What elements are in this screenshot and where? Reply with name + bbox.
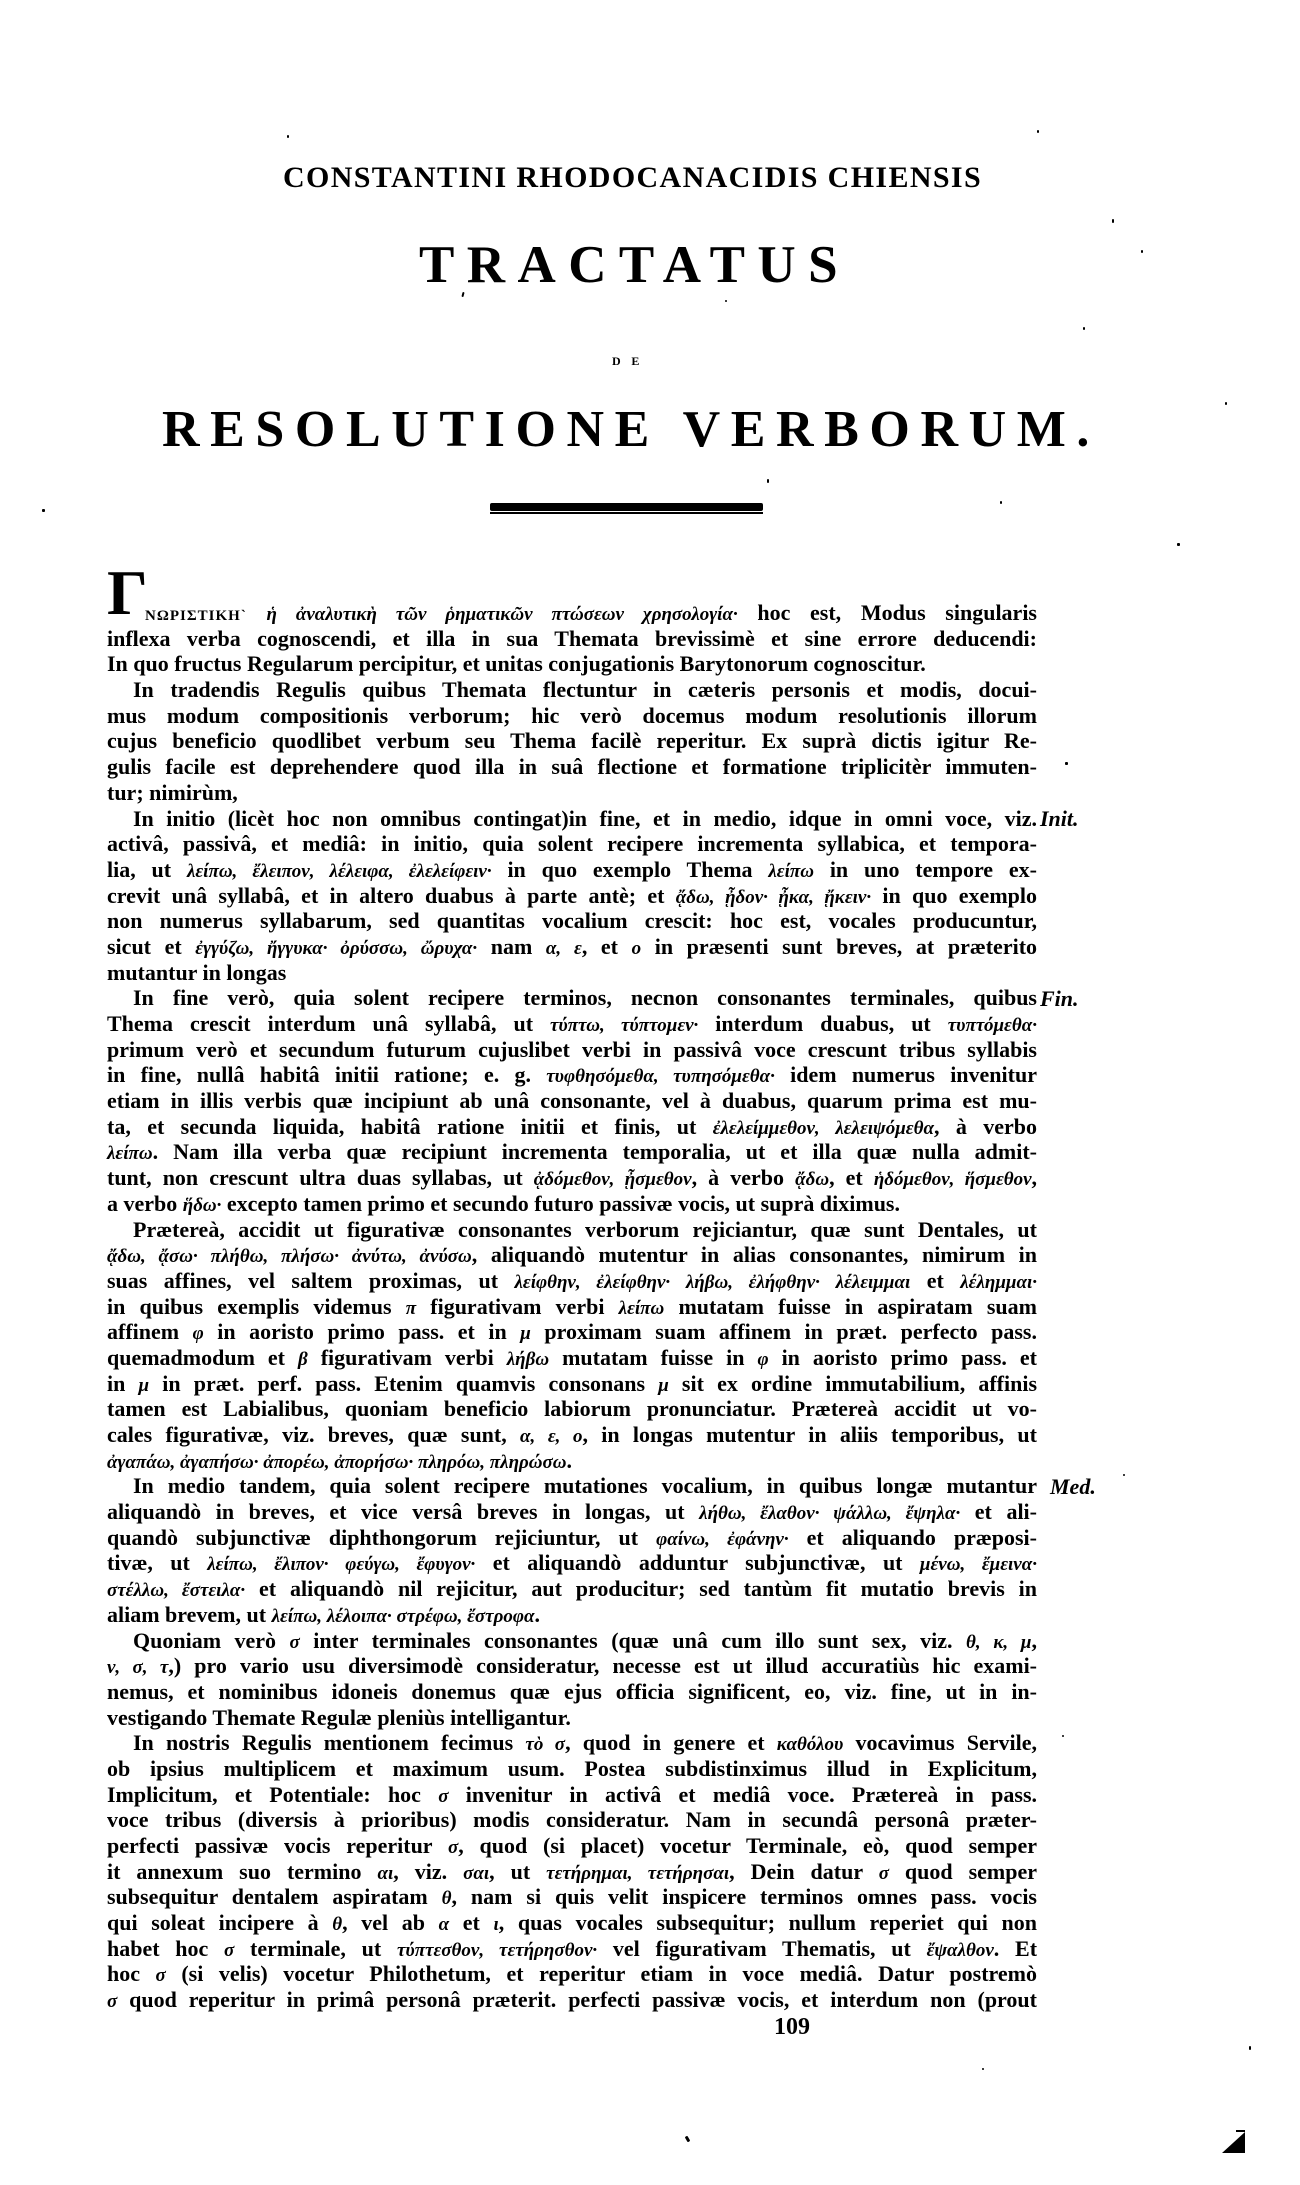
page-number: 109 <box>772 2013 812 2041</box>
line-text: perfecti passivæ vocis reperitur σ, quod… <box>107 1833 1037 1861</box>
line-text: Quoniam verò σ inter terminales consonan… <box>133 1628 1037 1656</box>
text-line: cujus beneficio quodlibet verbum seu The… <box>107 728 1037 754</box>
scan-speck <box>1083 327 1085 330</box>
greek-text: λείπω, λέλοιπα· στρέφω, ἔστροφα <box>272 1606 535 1627</box>
text-line: hoc σ (si velis) vocetur Philothetum, et… <box>107 1961 1037 1987</box>
text-line: voce tribus (diversis à prioribus) modis… <box>107 1807 1037 1833</box>
line-text: a verbo ἥδω· excepto tamen primo et secu… <box>107 1191 900 1219</box>
line-text: λείπω. Nam illa verba quæ recipiunt incr… <box>107 1139 1037 1167</box>
line-text: subsequitur dentalem aspiratam θ, nam si… <box>107 1884 1037 1912</box>
text-line: quandò subjunctivæ diphthongorum rejiciu… <box>107 1525 1037 1551</box>
greek-text: α <box>439 1914 450 1935</box>
text-line: primum verò et secundum futurum cujuslib… <box>107 1037 1037 1063</box>
greek-text: λήθω, ἔλαθον· ψάλλω, ἔψηλα· <box>699 1503 960 1524</box>
text-line: tur; nimirùm, <box>107 780 1037 806</box>
text-line: aliam brevem, ut λείπω, λέλοιπα· στρέφω,… <box>107 1602 1037 1628</box>
line-text: cujus beneficio quodlibet verbum seu The… <box>107 728 1037 754</box>
treatise-title-text: TRACTATUS <box>419 232 850 298</box>
scan-speck <box>685 2136 691 2143</box>
line-text: gulis facile est deprehendere quod illa … <box>107 754 1037 780</box>
line-text: nemus, et nominibus idoneis donemus quæ … <box>107 1679 1037 1705</box>
text-line: tivæ, ut λείπω, ἔλιπον· φεύγω, ἔφυγον· e… <box>107 1550 1037 1576</box>
greek-text: ἐγγύζω, ἤγγυκα· ὀρύσσω, ὤρυχα· <box>195 938 477 959</box>
greek-text: σ <box>224 1940 234 1961</box>
line-text: Implicitum, et Potentiale: hoc σ invenit… <box>107 1782 1037 1810</box>
text-line: ob ipsius multiplicem et maximum usum. P… <box>107 1756 1037 1782</box>
line-text: quandò subjunctivæ diphthongorum rejiciu… <box>107 1525 1037 1553</box>
greek-text: λείπω <box>107 1143 153 1164</box>
line-text: aliam brevem, ut λείπω, λέλοιπα· στρέφω,… <box>107 1602 540 1630</box>
greek-text: μ <box>139 1375 150 1396</box>
scan-speck <box>1112 219 1114 223</box>
margin-note-init: Init. <box>1040 806 1079 832</box>
line-text: In tradendis Regulis quibus Themata flec… <box>133 677 1037 703</box>
line-text: sicut et ἐγγύζω, ἤγγυκα· ὀρύσσω, ὤρυχα· … <box>107 934 1037 962</box>
line-text: cales figurativæ, viz. breves, quæ sunt,… <box>107 1422 1037 1450</box>
text-line: crevit unâ syllabâ, et in altero duabus … <box>107 883 1037 909</box>
scan-speck <box>1062 1735 1064 1737</box>
line-text: crevit unâ syllabâ, et in altero duabus … <box>107 883 1037 911</box>
text-line: a verbo ἥδω· excepto tamen primo et secu… <box>107 1191 1037 1217</box>
text-line: In nostris Regulis mentionem fecimus τὸ … <box>107 1730 1037 1756</box>
line-text: in fine, nullâ habitâ initii ratione; e.… <box>107 1062 1037 1090</box>
scan-mark-hook <box>1236 2130 1245 2132</box>
line-text: tunt, non crescunt ultra duas syllabas, … <box>107 1165 1037 1193</box>
greek-text: μ <box>520 1323 531 1344</box>
scan-speck <box>287 135 289 138</box>
text-line: In tradendis Regulis quibus Themata flec… <box>107 677 1037 703</box>
greek-text: α, ε, ο <box>520 1426 582 1447</box>
text-line: in μ in præt. perf. pass. Etenim quamvis… <box>107 1371 1037 1397</box>
greek-text: ἥδω· <box>183 1195 222 1216</box>
line-text: primum verò et secundum futurum cujuslib… <box>107 1037 1037 1063</box>
text-line: ἀγαπάω, ἀγαπήσω· ἀπορέω, ἀπορήσω· πληρόω… <box>107 1448 1037 1474</box>
line-text: ᾄδω, ᾄσω· πλήθω, πλήσω· ἀνύτω, ἀνύσω, al… <box>107 1242 1037 1270</box>
line-text: mutantur in longas <box>107 960 286 986</box>
scan-speck <box>982 2068 984 2070</box>
text-line: it annexum suo termino αι, viz. σαι, ut … <box>107 1859 1037 1885</box>
greek-text: σ <box>448 1837 458 1858</box>
text-line: λείπω. Nam illa verba quæ recipiunt incr… <box>107 1139 1037 1165</box>
text-line: suas affines, vel saltem proximas, ut λε… <box>107 1268 1037 1294</box>
greek-text: θ <box>442 1888 452 1909</box>
line-text: In quo fructus Regularum percipitur, et … <box>107 651 926 677</box>
greek-text: φ <box>757 1349 768 1370</box>
scan-speck <box>1177 543 1180 546</box>
text-line: quemadmodum et β figurativam verbi λήβω … <box>107 1345 1037 1371</box>
line-text: it annexum suo termino αι, viz. σαι, ut … <box>107 1859 1037 1887</box>
line-text: hoc σ (si velis) vocetur Philothetum, et… <box>107 1961 1037 1989</box>
greek-text: μένω, ἔμεινα· <box>920 1554 1037 1575</box>
text-line: ν, σ, τ,) pro vario usu diversimodè cons… <box>107 1653 1037 1679</box>
greek-text: α, ε <box>546 938 582 959</box>
greek-text: ἀγαπάω, ἀγαπήσω· ἀπορέω, ἀπορήσω· πληρόω… <box>107 1452 567 1473</box>
text-line: In medio tandem, quia solent recipere mu… <box>107 1473 1037 1499</box>
greek-text: ἡ ἀναλυτικὴ τῶν ῥηματικῶν πτώσεων χρησολ… <box>266 604 737 625</box>
greek-text: ᾄδω, ᾖδον· ᾖκα, ᾔκειν· <box>676 887 871 908</box>
text-line: non numerus syllabarum, sed quantitas vo… <box>107 908 1037 934</box>
title-rule-thin <box>490 512 763 514</box>
line-text: qui soleat incipere à θ, vel ab α et ι, … <box>107 1910 1037 1938</box>
line-text: In fine verò, quia solent recipere termi… <box>133 985 1037 1011</box>
greek-text: αι <box>377 1863 393 1884</box>
greek-text: τὸ σ <box>525 1734 565 1755</box>
text-line: qui soleat incipere à θ, vel ab α et ι, … <box>107 1910 1037 1936</box>
line-text: lia, ut λείπω, ἔλειπον, λέλειφα, ἐλελείφ… <box>107 857 1037 885</box>
text-line: inflexa verba cognoscendi, et illa in su… <box>107 626 1037 652</box>
text-line: in fine, nullâ habitâ initii ratione; e.… <box>107 1062 1037 1088</box>
text-line: In fine verò, quia solent recipere termi… <box>107 985 1037 1011</box>
text-line: ta, et secunda liquida, habitâ ratione i… <box>107 1114 1037 1140</box>
greek-text: μ <box>658 1375 669 1396</box>
text-line: Quoniam verò σ inter terminales consonan… <box>107 1628 1037 1654</box>
scan-speck <box>1225 402 1227 405</box>
text-line: subsequitur dentalem aspiratam θ, nam si… <box>107 1884 1037 1910</box>
line-text: non numerus syllabarum, sed quantitas vo… <box>107 908 1037 934</box>
text-line: σ quod reperitur in primâ personâ præter… <box>107 1987 1037 2013</box>
greek-text: στέλλω, ἔστειλα· <box>107 1580 245 1601</box>
greek-text: β <box>298 1349 308 1370</box>
line-text: ἡ ἀναλυτικὴ τῶν ῥηματικῶν πτώσεων χρησολ… <box>266 600 1037 625</box>
text-line: activâ, passivâ, et mediâ: in initio, qu… <box>107 831 1037 857</box>
text-line: mutantur in longas <box>107 960 1037 986</box>
line-text: affinem φ in aoristo primo pass. et in μ… <box>107 1319 1037 1347</box>
line-text: vestigando Themate Regulæ pleniùs intell… <box>107 1705 571 1731</box>
opening-word: ΝΩΡΙΣΤΙΚΗ` <box>145 608 247 624</box>
greek-text: ᾄδω <box>795 1169 829 1190</box>
text-line: affinem φ in aoristo primo pass. et in μ… <box>107 1319 1037 1345</box>
greek-text: θ, κ, μ <box>966 1632 1031 1653</box>
line-text: ἀγαπάω, ἀγαπήσω· ἀπορέω, ἀπορήσω· πληρόω… <box>107 1448 572 1476</box>
line-text: habet hoc σ terminale, ut τύπτεσθον, τετ… <box>107 1936 1037 1964</box>
line-text: σ quod reperitur in primâ personâ præter… <box>107 1987 1037 2015</box>
line-text: Prætereà, accidit ut figurativæ consonan… <box>133 1217 1037 1243</box>
title-connector: DE <box>612 353 650 369</box>
greek-text: λείφθην, ἐλείφθην· λήβω, ἐλήφθην· λέλειμ… <box>515 1272 911 1293</box>
greek-text: ι <box>494 1914 499 1935</box>
text-line: Implicitum, et Potentiale: hoc σ invenit… <box>107 1782 1037 1808</box>
margin-note-med: Med. <box>1050 1474 1096 1500</box>
greek-text: ᾄδω, ᾄσω· πλήθω, πλήσω· ἀνύτω, ἀνύσω <box>107 1246 472 1267</box>
text-line: vestigando Themate Regulæ pleniùs intell… <box>107 1705 1037 1731</box>
line-text: ob ipsius multiplicem et maximum usum. P… <box>107 1756 1037 1782</box>
title-connector-text: DE <box>612 353 650 369</box>
greek-text: λείπω <box>768 861 814 882</box>
text-line: nemus, et nominibus idoneis donemus quæ … <box>107 1679 1037 1705</box>
greek-text: ο <box>632 938 642 959</box>
text-line: In quo fructus Regularum percipitur, et … <box>107 651 1037 677</box>
greek-text: σ <box>107 1991 117 2012</box>
greek-text: καθόλου <box>777 1734 843 1755</box>
line-text: voce tribus (diversis à prioribus) modis… <box>107 1807 1037 1833</box>
line-text: activâ, passivâ, et mediâ: in initio, qu… <box>107 831 1037 857</box>
line-text: tur; nimirùm, <box>107 780 238 806</box>
greek-text: λείπω, ἔλιπον· φεύγω, ἔφυγον· <box>207 1554 475 1575</box>
line-text: In nostris Regulis mentionem fecimus τὸ … <box>133 1730 1037 1758</box>
scan-speck <box>1000 501 1002 504</box>
scan-speck <box>1141 250 1143 253</box>
text-line: Thema crescit interdum unâ syllabâ, ut τ… <box>107 1011 1037 1037</box>
scan-speck <box>1123 1474 1125 1476</box>
body-text: ΝΩΡΙΣΤΙΚΗ` ἡ ἀναλυτικὴ τῶν ῥηματικῶν πτώ… <box>107 600 1037 2013</box>
greek-text: φαίνω, ἐφάνην· <box>656 1529 789 1550</box>
scan-speck <box>1065 762 1068 765</box>
greek-text: σ <box>438 1786 448 1807</box>
greek-text: σ <box>156 1965 166 1986</box>
line-text: Thema crescit interdum unâ syllabâ, ut τ… <box>107 1011 1037 1039</box>
scan-speck <box>1249 2046 1251 2050</box>
greek-text: τυπτόμεθα· <box>948 1015 1037 1036</box>
line-text: tivæ, ut λείπω, ἔλιπον· φεύγω, ἔφυγον· e… <box>107 1550 1037 1578</box>
greek-text: σ <box>879 1863 889 1884</box>
scan-speck <box>725 300 727 302</box>
running-title-text: CONSTANTINI RHODOCANACIDIS CHIENSIS <box>283 162 982 194</box>
text-line: cales figurativæ, viz. breves, quæ sunt,… <box>107 1422 1037 1448</box>
line-text: In initio (licèt hoc non omnibus conting… <box>133 806 1037 832</box>
text-line: sicut et ἐγγύζω, ἤγγυκα· ὀρύσσω, ὤρυχα· … <box>107 934 1037 960</box>
line-text: etiam in illis verbis quæ incipiunt ab u… <box>107 1088 1037 1114</box>
line-text: aliquandò in breves, et vice versâ breve… <box>107 1499 1037 1527</box>
line-text: in quibus exemplis videmus π figurativam… <box>107 1294 1037 1322</box>
treatise-title: TRACTATUS <box>419 232 850 298</box>
greek-text: ἐλελείμμεθον, λελειψόμεθα <box>713 1118 934 1139</box>
greek-text: λέλημμαι· <box>960 1272 1037 1293</box>
text-line: mus modum compositionis verborum; hic ve… <box>107 703 1037 729</box>
scan-mark <box>1222 2132 1245 2153</box>
text-line: tunt, non crescunt ultra duas syllabas, … <box>107 1165 1037 1191</box>
greek-text: τύπτεσθον, τετήρησθον· <box>397 1940 597 1961</box>
text-line: gulis facile est deprehendere quod illa … <box>107 754 1037 780</box>
title-rule-thick <box>490 503 763 511</box>
greek-text: ἔψαλθον <box>927 1940 994 1961</box>
greek-text: λείπω, ἔλειπον, λέλειφα, ἐλελείφειν· <box>187 861 492 882</box>
line-text: suas affines, vel saltem proximas, ut λε… <box>107 1268 1037 1296</box>
line-text: quemadmodum et β figurativam verbi λήβω … <box>107 1345 1037 1373</box>
line-text: in μ in præt. perf. pass. Etenim quamvis… <box>107 1371 1037 1399</box>
greek-text: ᾀδόμεθον, ᾖσμεθον <box>534 1169 692 1190</box>
greek-text: τύπτω, τύπτομεν· <box>550 1015 698 1036</box>
greek-text: φ <box>193 1323 204 1344</box>
text-line: in quibus exemplis videmus π figurativam… <box>107 1294 1037 1320</box>
greek-text: σαι <box>463 1863 489 1884</box>
greek-text: π <box>406 1298 416 1319</box>
text-line: ᾄδω, ᾄσω· πλήθω, πλήσω· ἀνύτω, ἀνύσω, al… <box>107 1242 1037 1268</box>
line-text: στέλλω, ἔστειλα· et aliquandò nil rejici… <box>107 1576 1037 1604</box>
greek-text: τυφθησόμεθα, τυπησόμεθα· <box>546 1066 775 1087</box>
line-text: ta, et secunda liquida, habitâ ratione i… <box>107 1114 1037 1142</box>
text-line: In initio (licèt hoc non omnibus conting… <box>107 806 1037 832</box>
margin-note-fin: Fin. <box>1040 986 1079 1012</box>
line-text: mus modum compositionis verborum; hic ve… <box>107 703 1037 729</box>
line-text: In medio tandem, quia solent recipere mu… <box>133 1473 1037 1499</box>
running-title: CONSTANTINI RHODOCANACIDIS CHIENSIS <box>283 162 982 194</box>
greek-text: ν, σ, τ <box>107 1657 168 1678</box>
text-line: lia, ut λείπω, ἔλειπον, λέλειφα, ἐλελείφ… <box>107 857 1037 883</box>
text-line: habet hoc σ terminale, ut τύπτεσθον, τετ… <box>107 1936 1037 1962</box>
greek-text: θ <box>332 1914 342 1935</box>
scan-speck <box>767 479 769 483</box>
line-text: tamen est Labialibus, quoniam beneficio … <box>107 1396 1037 1422</box>
scan-speck <box>42 509 45 512</box>
text-line: etiam in illis verbis quæ incipiunt ab u… <box>107 1088 1037 1114</box>
greek-text: σ <box>290 1632 300 1653</box>
line-text: ν, σ, τ,) pro vario usu diversimodè cons… <box>107 1653 1037 1681</box>
text-line: ΝΩΡΙΣΤΙΚΗ` ἡ ἀναλυτικὴ τῶν ῥηματικῶν πτώ… <box>107 600 1037 626</box>
treatise-subtitle-text: RESOLUTIONE VERBORUM. <box>162 397 1100 463</box>
book-page: CONSTANTINI RHODOCANACIDIS CHIENSIS TRAC… <box>0 0 1300 2185</box>
greek-text: λείπω <box>619 1298 665 1319</box>
greek-text: ἡδόμεθον, ἥσμεθον <box>874 1169 1032 1190</box>
greek-text: λήβω <box>507 1349 549 1370</box>
text-line: aliquandò in breves, et vice versâ breve… <box>107 1499 1037 1525</box>
text-line: στέλλω, ἔστειλα· et aliquandò nil rejici… <box>107 1576 1037 1602</box>
greek-text: τετήρημαι, τετήρησαι <box>546 1863 729 1884</box>
scan-speck <box>1037 130 1039 133</box>
treatise-subtitle: RESOLUTIONE VERBORUM. <box>162 397 1100 463</box>
text-line: tamen est Labialibus, quoniam beneficio … <box>107 1396 1037 1422</box>
line-text: inflexa verba cognoscendi, et illa in su… <box>107 626 1037 652</box>
text-line: Prætereà, accidit ut figurativæ consonan… <box>107 1217 1037 1243</box>
text-line: perfecti passivæ vocis reperitur σ, quod… <box>107 1833 1037 1859</box>
